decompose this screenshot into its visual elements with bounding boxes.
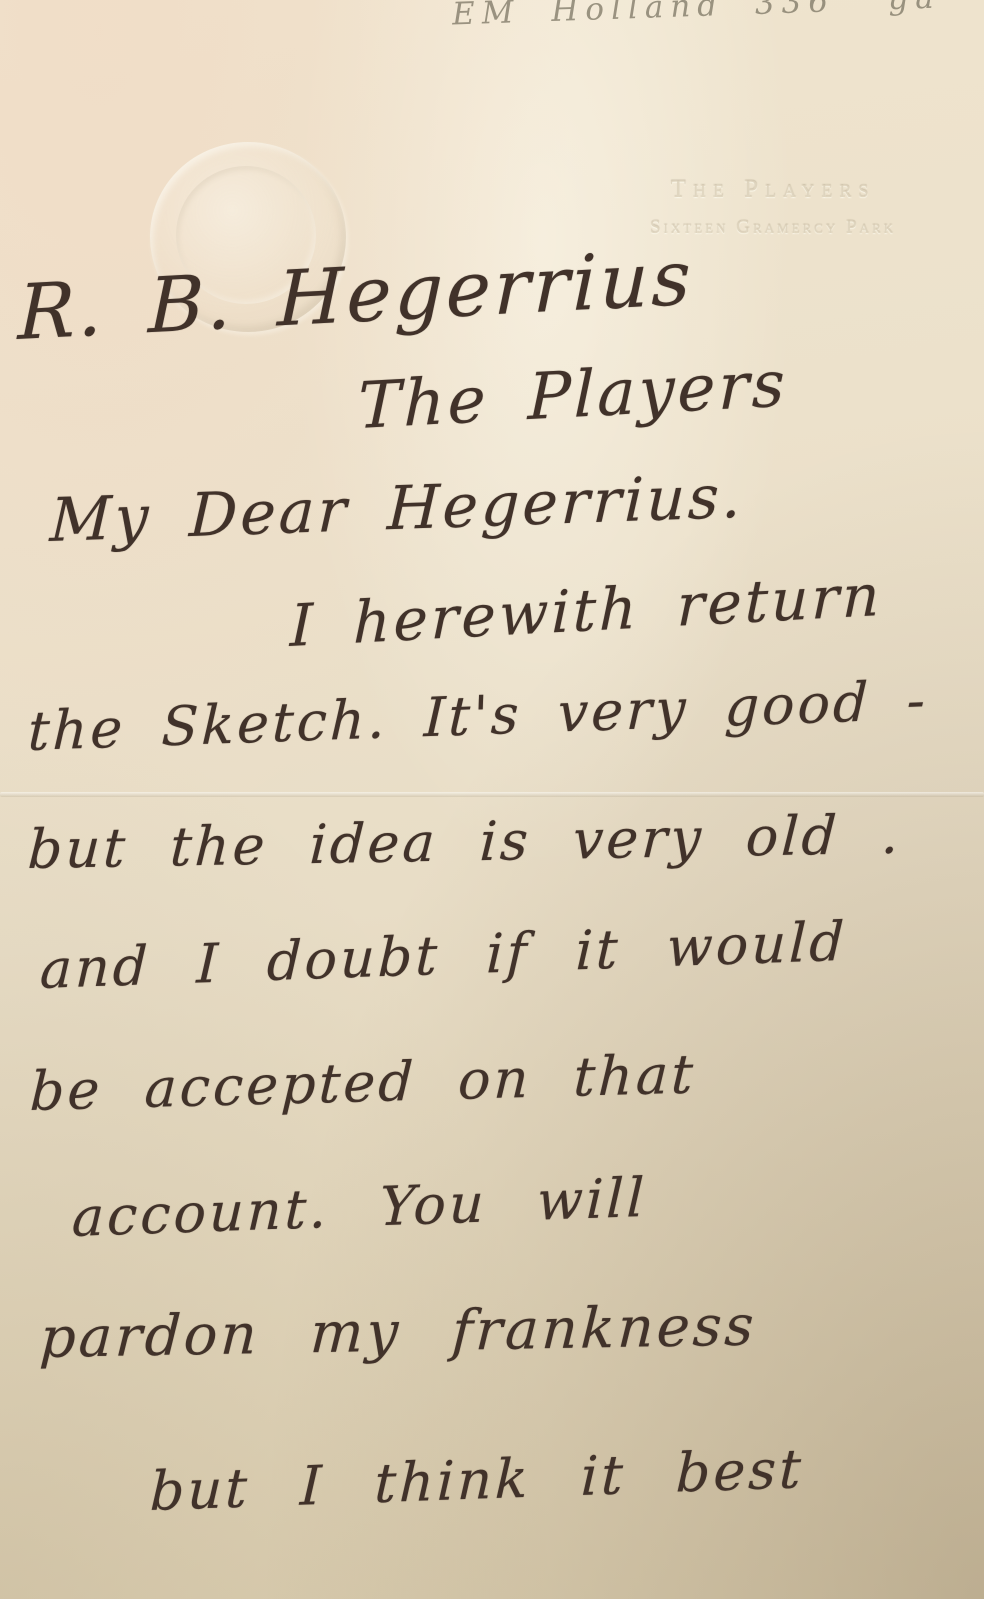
photo-of-handwritten-letter: EM Holland 336° ga The Players Sixteen G… xyxy=(0,0,984,1599)
embossed-letterhead: The Players Sixteen Gramercy Park xyxy=(588,176,958,239)
letterhead-club-name: The Players xyxy=(588,176,958,204)
handwritten-body-line: account. You will xyxy=(71,1166,648,1249)
handwritten-salutation: My Dear Hegerrius. xyxy=(49,462,745,556)
handwritten-body-line: but I think it best xyxy=(149,1437,805,1523)
handwritten-body-line: be accepted on that xyxy=(29,1043,698,1124)
handwritten-body-line: I herewith return xyxy=(289,561,883,660)
handwritten-body-line: but the idea is very old . xyxy=(26,803,903,881)
handwritten-body-line: pardon my frankness xyxy=(38,1293,758,1371)
handwritten-address-line: The Players xyxy=(357,347,788,444)
handwritten-body-line: the Sketch. It's very good - xyxy=(27,669,929,764)
pencil-inscription: EM Holland 336° ga xyxy=(452,0,942,33)
handwritten-body-line: and I doubt if it would xyxy=(39,910,848,1001)
handwritten-recipient-name: R. B. Hegerrius xyxy=(17,232,694,357)
paper-fold-crease xyxy=(0,792,984,797)
